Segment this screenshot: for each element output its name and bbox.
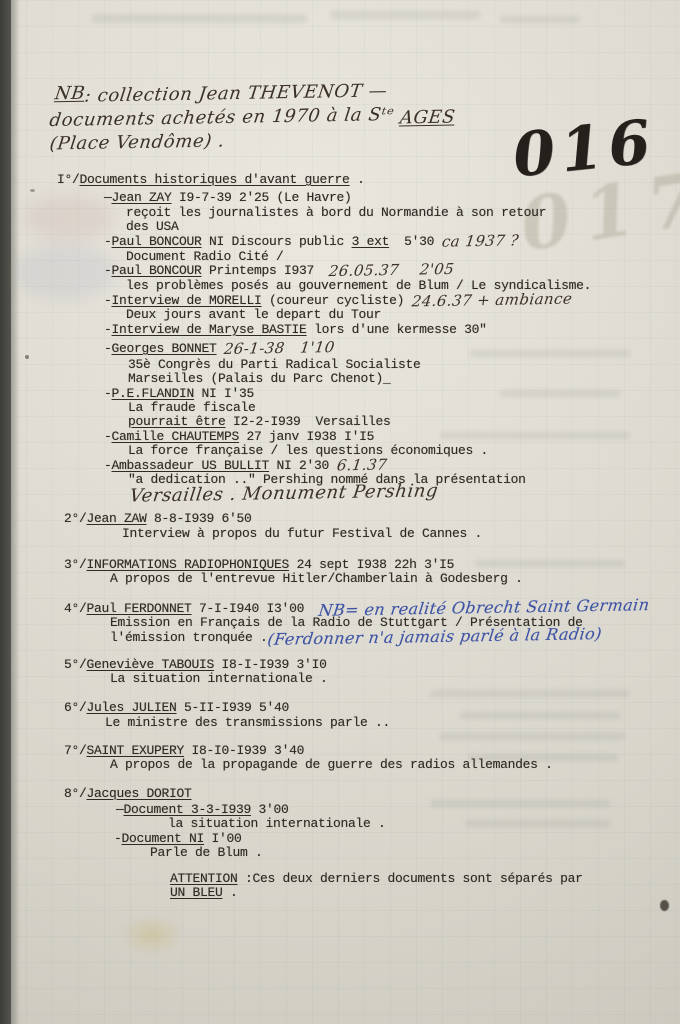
document-line: —Document 3-3-I939 3'00 bbox=[116, 802, 289, 817]
typed-text: Marseilles (Palais du Parc Chenot)_ bbox=[128, 371, 391, 386]
typed-text: - bbox=[104, 263, 112, 278]
bleed-through-text bbox=[500, 390, 620, 397]
document-line: documents achetés en 1970 à la Sᵗᵉ AGES bbox=[50, 110, 455, 126]
typed-text: la situation internationale . bbox=[168, 816, 386, 831]
typed-text: I8-I0-I939 3'40 bbox=[184, 743, 304, 758]
typed-text-underlined: Document NI bbox=[122, 831, 205, 846]
document-line: Deux jours avant le depart du Tour bbox=[126, 307, 381, 322]
bleed-through-handwriting bbox=[500, 16, 580, 23]
document-line: (Place Vendôme) . bbox=[50, 135, 224, 151]
typed-text: reçoit les journalistes à bord du Norman… bbox=[126, 205, 546, 220]
typed-text: - bbox=[104, 322, 112, 337]
typed-text: 4°/ bbox=[64, 601, 87, 616]
stamp-number: 016 bbox=[510, 107, 660, 192]
document-line: A propos de l'entrevue Hitler/Chamberlai… bbox=[110, 571, 523, 586]
ink-speck bbox=[660, 900, 669, 911]
bleed-through-handwriting bbox=[92, 14, 307, 23]
document-line: La situation internationale . bbox=[110, 671, 328, 686]
typed-text: - bbox=[104, 234, 112, 249]
typed-text: I2-2-I939 Versailles bbox=[226, 414, 391, 429]
typed-text-underlined: Geneviève TABOUIS bbox=[87, 657, 215, 672]
typed-text: I°/ bbox=[57, 172, 80, 187]
document-line: -Document NI I'00 bbox=[114, 831, 242, 846]
handwritten-annotation: 24.6.37 + ambiance bbox=[410, 292, 572, 310]
typed-text-underlined: P.E.FLANDIN bbox=[112, 386, 195, 401]
typed-text-underlined: Camille CHAUTEMPS bbox=[112, 429, 240, 444]
typed-text: (coureur cycliste) bbox=[262, 293, 412, 308]
typed-text: — bbox=[116, 802, 124, 817]
typed-text: 8-8-I939 6'50 bbox=[147, 511, 252, 526]
typed-text-underlined: UN BLEU bbox=[170, 885, 223, 900]
document-line: la situation internationale . bbox=[168, 816, 386, 831]
document-line: 6°/Jules JULIEN 5-II-I939 5'40 bbox=[64, 700, 289, 715]
typed-text: NI I'35 bbox=[194, 386, 254, 401]
typed-text-underlined: Jacques DORIOT bbox=[87, 786, 192, 801]
document-line: 4°/Paul FERDONNET 7-I-I940 I3'00 NB= en … bbox=[64, 600, 649, 616]
handwritten-annotation: 26.05.37 2'05 bbox=[328, 262, 455, 279]
typed-text: 5'30 bbox=[389, 234, 442, 249]
typed-text: 27 janv I938 I'I5 bbox=[239, 429, 374, 444]
document-line: 3°/INFORMATIONS RADIOPHONIQUES 24 sept I… bbox=[64, 557, 454, 572]
document-line: reçoit les journalistes à bord du Norman… bbox=[126, 205, 546, 220]
typed-text: - bbox=[104, 386, 112, 401]
handwritten-annotation: AGES bbox=[399, 110, 456, 126]
scanned-document-photo: 017 016 NB: collection Jean THEVENOT —do… bbox=[0, 0, 680, 1024]
typed-text: — bbox=[104, 190, 112, 205]
document-line: -Georges BONNET 26-1-38 1'10 bbox=[104, 341, 335, 356]
typed-text-underlined: INFORMATIONS RADIOPHONIQUES bbox=[87, 557, 290, 572]
typed-text: 3'00 bbox=[251, 802, 289, 817]
typed-text: lors d'une kermesse 30" bbox=[307, 322, 487, 337]
document-line: des USA bbox=[126, 219, 179, 234]
typed-text-underlined: Jules JULIEN bbox=[87, 700, 177, 715]
document-line: pourrait être I2-2-I939 Versailles bbox=[128, 414, 391, 429]
typed-text: des USA bbox=[126, 219, 179, 234]
bleed-through-text bbox=[440, 432, 630, 439]
typed-text: l'émission tronquée . bbox=[110, 630, 268, 645]
document-line: 5°/Geneviève TABOUIS I8-I-I939 3'I0 bbox=[64, 657, 327, 672]
typed-text-underlined: Paul BONCOUR bbox=[112, 263, 202, 278]
typed-text: A propos de l'entrevue Hitler/Chamberlai… bbox=[110, 571, 523, 586]
bleed-through-text bbox=[430, 690, 630, 697]
document-line: -P.E.FLANDIN NI I'35 bbox=[104, 386, 254, 401]
document-line: UN BLEU . bbox=[170, 885, 238, 900]
document-line: Parle de Blum . bbox=[150, 845, 263, 860]
typed-text-underlined: ATTENTION bbox=[170, 871, 238, 886]
bleed-through-text bbox=[470, 350, 630, 357]
bleed-through-text bbox=[460, 712, 620, 719]
handwritten-annotation: ca 1937 ? bbox=[441, 233, 520, 249]
paper-stain bbox=[120, 915, 184, 955]
typed-text: - bbox=[104, 429, 112, 444]
photo-edge-shadow bbox=[0, 0, 11, 1024]
typed-text: - bbox=[104, 293, 112, 308]
document-line: -Ambassadeur US BULLIT NI 2'30 6.1.37 bbox=[104, 458, 387, 473]
document-line: I°/Documents historiques d'avant guerre … bbox=[57, 172, 365, 187]
handwritten-annotation: : collection Jean THEVENOT — bbox=[84, 83, 389, 103]
document-line: NB: collection Jean THEVENOT — bbox=[55, 86, 387, 102]
typed-text: :Ces deux derniers documents sont séparé… bbox=[238, 871, 583, 886]
document-line: 35è Congrès du Parti Radical Socialiste bbox=[128, 357, 421, 372]
typed-text-underlined: Ambassadeur US BULLIT bbox=[112, 458, 270, 473]
typed-text-underlined: Paul BONCOUR bbox=[112, 234, 202, 249]
document-line: -Interview de MORELLI (coureur cycliste)… bbox=[104, 293, 572, 308]
typed-text: Deux jours avant le depart du Tour bbox=[126, 307, 381, 322]
typed-text: 6°/ bbox=[64, 700, 87, 715]
document-line: La fraude fiscale bbox=[128, 400, 256, 415]
handwritten-annotation: 26-1-38 1'10 bbox=[223, 340, 336, 357]
typed-text: . bbox=[223, 885, 238, 900]
bleed-through-text bbox=[440, 733, 625, 740]
handwritten-annotation: Versailles . Monument Pershing bbox=[129, 483, 439, 503]
bleed-through-handwriting bbox=[330, 11, 480, 19]
typed-text: I'00 bbox=[204, 831, 242, 846]
typed-text-underlined: 3 ext bbox=[352, 234, 390, 249]
document-line: -Interview de Maryse BASTIE lors d'une k… bbox=[104, 322, 487, 337]
document-line: Document Radio Cité / bbox=[126, 249, 284, 264]
typed-text: . bbox=[350, 172, 365, 187]
typed-text: 7°/ bbox=[64, 743, 87, 758]
document-line: -Camille CHAUTEMPS 27 janv I938 I'I5 bbox=[104, 429, 374, 444]
typed-text: 3°/ bbox=[64, 557, 87, 572]
typed-text-underlined: Paul FERDONNET bbox=[87, 601, 192, 616]
typed-text-underlined: Document 3-3-I939 bbox=[124, 802, 252, 817]
paper-edge-shadow bbox=[11, 0, 20, 1024]
typed-text: Interview à propos du futur Festival de … bbox=[122, 526, 482, 541]
document-line: Versailles . Monument Pershing bbox=[130, 486, 438, 502]
document-line: l'émission tronquée .(Ferdonner n'a jama… bbox=[110, 629, 601, 645]
typed-text: 8°/ bbox=[64, 786, 87, 801]
typed-text: NI 2'30 bbox=[269, 458, 337, 473]
typed-text-underlined: Jean ZAY bbox=[112, 190, 172, 205]
bleed-through-smudge bbox=[25, 195, 115, 240]
typed-text: 24 sept I938 22h 3'I5 bbox=[289, 557, 454, 572]
document-line: ATTENTION :Ces deux derniers documents s… bbox=[170, 871, 583, 886]
typed-text: A propos de la propagande de guerre des … bbox=[110, 757, 553, 772]
typed-text-underlined: Jean ZAW bbox=[87, 511, 147, 526]
document-line: -Paul BONCOUR NI Discours public 3 ext 5… bbox=[104, 234, 518, 249]
typed-text: Le ministre des transmissions parle .. bbox=[105, 715, 390, 730]
document-line: —Jean ZAY I9-7-39 2'25 (Le Havre) bbox=[104, 190, 352, 205]
typed-text-underlined: Interview de Maryse BASTIE bbox=[112, 322, 307, 337]
handwritten-annotation: NB bbox=[54, 86, 86, 102]
document-line: Marseilles (Palais du Parc Chenot)_ bbox=[128, 371, 391, 386]
typed-text: I9-7-39 2'25 (Le Havre) bbox=[172, 190, 352, 205]
typed-text-underlined: Documents historiques d'avant guerre bbox=[80, 172, 350, 187]
document-line: 8°/Jacques DORIOT bbox=[64, 786, 192, 801]
typed-text: 5°/ bbox=[64, 657, 87, 672]
bleed-through-text bbox=[465, 820, 610, 827]
typed-text-underlined: pourrait être bbox=[128, 414, 226, 429]
document-line: A propos de la propagande de guerre des … bbox=[110, 757, 553, 772]
document-line: 2°/Jean ZAW 8-8-I939 6'50 bbox=[64, 511, 252, 526]
typed-text: - bbox=[104, 458, 112, 473]
ink-speck bbox=[30, 189, 35, 192]
typed-text: La situation internationale . bbox=[110, 671, 328, 686]
typed-text: Printemps I937 bbox=[202, 263, 330, 278]
typed-text: Parle de Blum . bbox=[150, 845, 263, 860]
document-line: Le ministre des transmissions parle .. bbox=[105, 715, 390, 730]
handwritten-annotation: (Place Vendôme) . bbox=[49, 133, 226, 151]
typed-text-underlined: SAINT EXUPERY bbox=[87, 743, 185, 758]
typed-text: La fraude fiscale bbox=[128, 400, 256, 415]
typed-text: 35è Congrès du Parti Radical Socialiste bbox=[128, 357, 421, 372]
bleed-through-text bbox=[475, 560, 625, 567]
typed-text: - bbox=[104, 341, 112, 356]
typed-text: 7-I-I940 I3'00 bbox=[192, 601, 320, 616]
typed-text: 2°/ bbox=[64, 511, 87, 526]
document-line: 7°/SAINT EXUPERY I8-I0-I939 3'40 bbox=[64, 743, 304, 758]
typed-text: Document Radio Cité / bbox=[126, 249, 284, 264]
typed-text-underlined: Georges BONNET bbox=[112, 341, 217, 356]
typed-text: 5-II-I939 5'40 bbox=[177, 700, 290, 715]
ink-speck bbox=[25, 355, 29, 359]
bleed-through-smudge bbox=[15, 245, 115, 300]
handwritten-annotation: documents achetés en 1970 à la Sᵗᵉ bbox=[49, 107, 402, 128]
document-line: Interview à propos du futur Festival de … bbox=[122, 526, 482, 541]
bleed-through-text bbox=[430, 800, 610, 807]
typed-text: NI Discours public bbox=[202, 234, 352, 249]
typed-text: - bbox=[114, 831, 122, 846]
typed-text: La force française / les questions écono… bbox=[128, 443, 488, 458]
document-line: -Paul BONCOUR Printemps I937 26.05.37 2'… bbox=[104, 263, 454, 278]
document-line: La force française / les questions écono… bbox=[128, 443, 488, 458]
typed-text-underlined: Interview de MORELLI bbox=[112, 293, 262, 308]
handwritten-annotation-blue: (Ferdonner n'a jamais parlé à la Radio) bbox=[266, 626, 602, 647]
typed-text: I8-I-I939 3'I0 bbox=[214, 657, 327, 672]
